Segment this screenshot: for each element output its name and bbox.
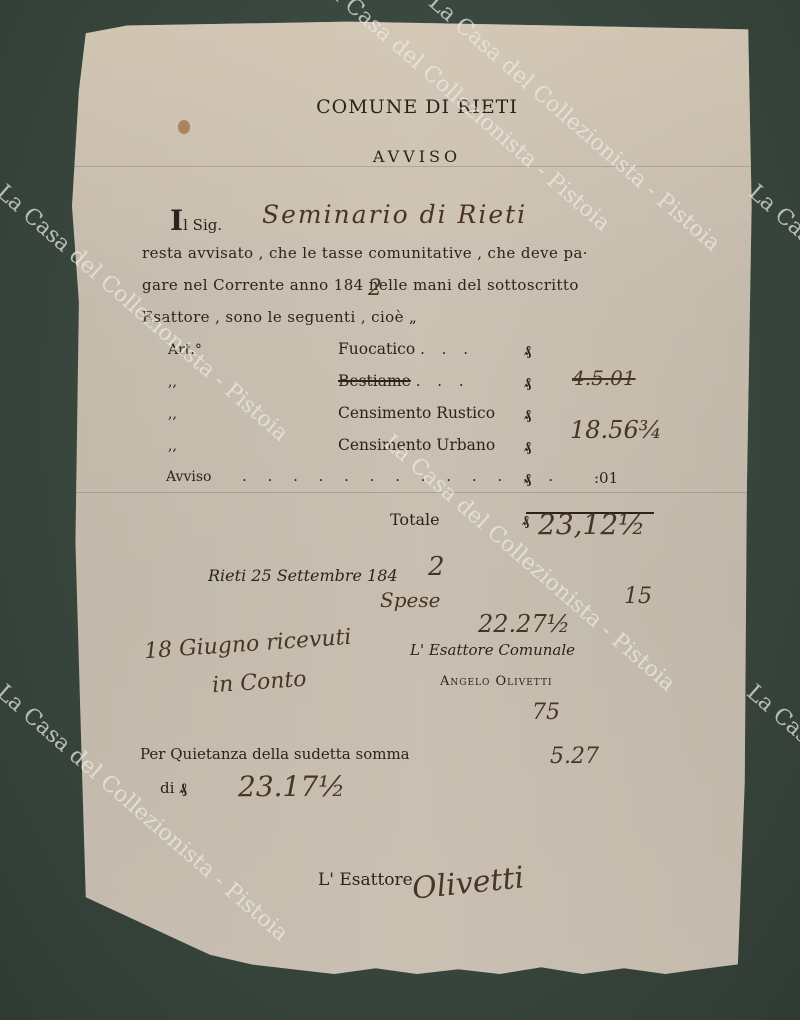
body-line: Esattore , sono le seguenti , cioè „: [142, 308, 417, 326]
collector-title: L' Esattore Comunale: [410, 641, 575, 659]
document-sheet: COMUNE DI RIETI AVVISO Il Sig. Seminario…: [72, 14, 762, 974]
signature-label: L' Esattore: [318, 870, 413, 890]
item-label-bestiame: Bestiame . . .: [338, 372, 470, 390]
body-line: gare nel Corrente anno 184 nelle mani de…: [142, 276, 579, 294]
currency-icon: ₰: [524, 343, 531, 360]
recipient-name: Seminario di Rieti: [262, 200, 527, 229]
leader-dots: . . . . . . . . . . . . .: [242, 467, 561, 485]
currency-icon: ₰: [524, 375, 531, 392]
item-amount-avviso: :01: [594, 469, 618, 487]
dropcap: I: [170, 204, 183, 237]
currency-icon: ₰: [524, 471, 531, 488]
item-prefix: ,,: [168, 406, 177, 422]
currency-icon: ₰: [524, 439, 531, 456]
currency-icon: ₰: [522, 513, 529, 530]
watermark: La Casa del Collezionista - Pistoia: [744, 180, 800, 447]
year-digit: 2: [368, 276, 382, 301]
deduction-amount: 75: [532, 700, 560, 725]
subtotal-amount: 22.27½: [478, 610, 570, 638]
currency-icon: ₰: [524, 407, 531, 424]
collector-name: Angelo Olivetti: [440, 674, 553, 689]
body-line: resta avvisato , che le tasse comunitati…: [142, 244, 588, 262]
spese-label: Spese: [380, 588, 440, 612]
item-amount: 18.56¾: [570, 416, 662, 444]
receipt-di: di ₰: [160, 779, 187, 798]
paper-fold: [72, 166, 762, 167]
total-label: Totale: [390, 510, 440, 529]
salutation: Il Sig.: [170, 204, 222, 237]
document-title: COMUNE DI RIETI: [72, 96, 762, 118]
item-prefix: Art.°: [168, 342, 202, 358]
watermark: La Casa del Collezionista - Pistoia: [742, 680, 800, 947]
margin-note-line1: 18 Giugno ricevuti: [143, 625, 352, 664]
receipt-amount: 23.17½: [238, 770, 345, 803]
item-amount-struck: 4.5.01: [572, 366, 636, 390]
date-year-digit: 2: [428, 552, 445, 582]
ink-stain: [178, 120, 190, 134]
spese-amount: 15: [624, 584, 652, 609]
balance-amount: 5.27: [550, 744, 599, 769]
currency-icon: ₰: [179, 779, 187, 797]
item-prefix: ,,: [168, 374, 177, 390]
document-subtitle: AVVISO: [72, 147, 762, 166]
item-label-fuocatico: Fuocatico . . .: [338, 340, 474, 358]
salutation-text: l Sig.: [183, 216, 222, 234]
paper-fold: [72, 492, 762, 493]
item-prefix: ,,: [168, 438, 177, 454]
item-label-censimento-rustico: Censimento Rustico: [338, 404, 495, 422]
total-amount: 23,12½: [538, 508, 645, 541]
item-prefix-avviso: Avviso: [166, 469, 211, 485]
signature: Olivetti: [410, 860, 525, 907]
date-line: Rieti 25 Settembre 184: [208, 566, 398, 585]
margin-note-line2: in Conto: [211, 667, 307, 699]
receipt-line: Per Quietanza della sudetta somma: [140, 745, 410, 763]
item-label-censimento-urbano: Censimento Urbano: [338, 436, 495, 454]
